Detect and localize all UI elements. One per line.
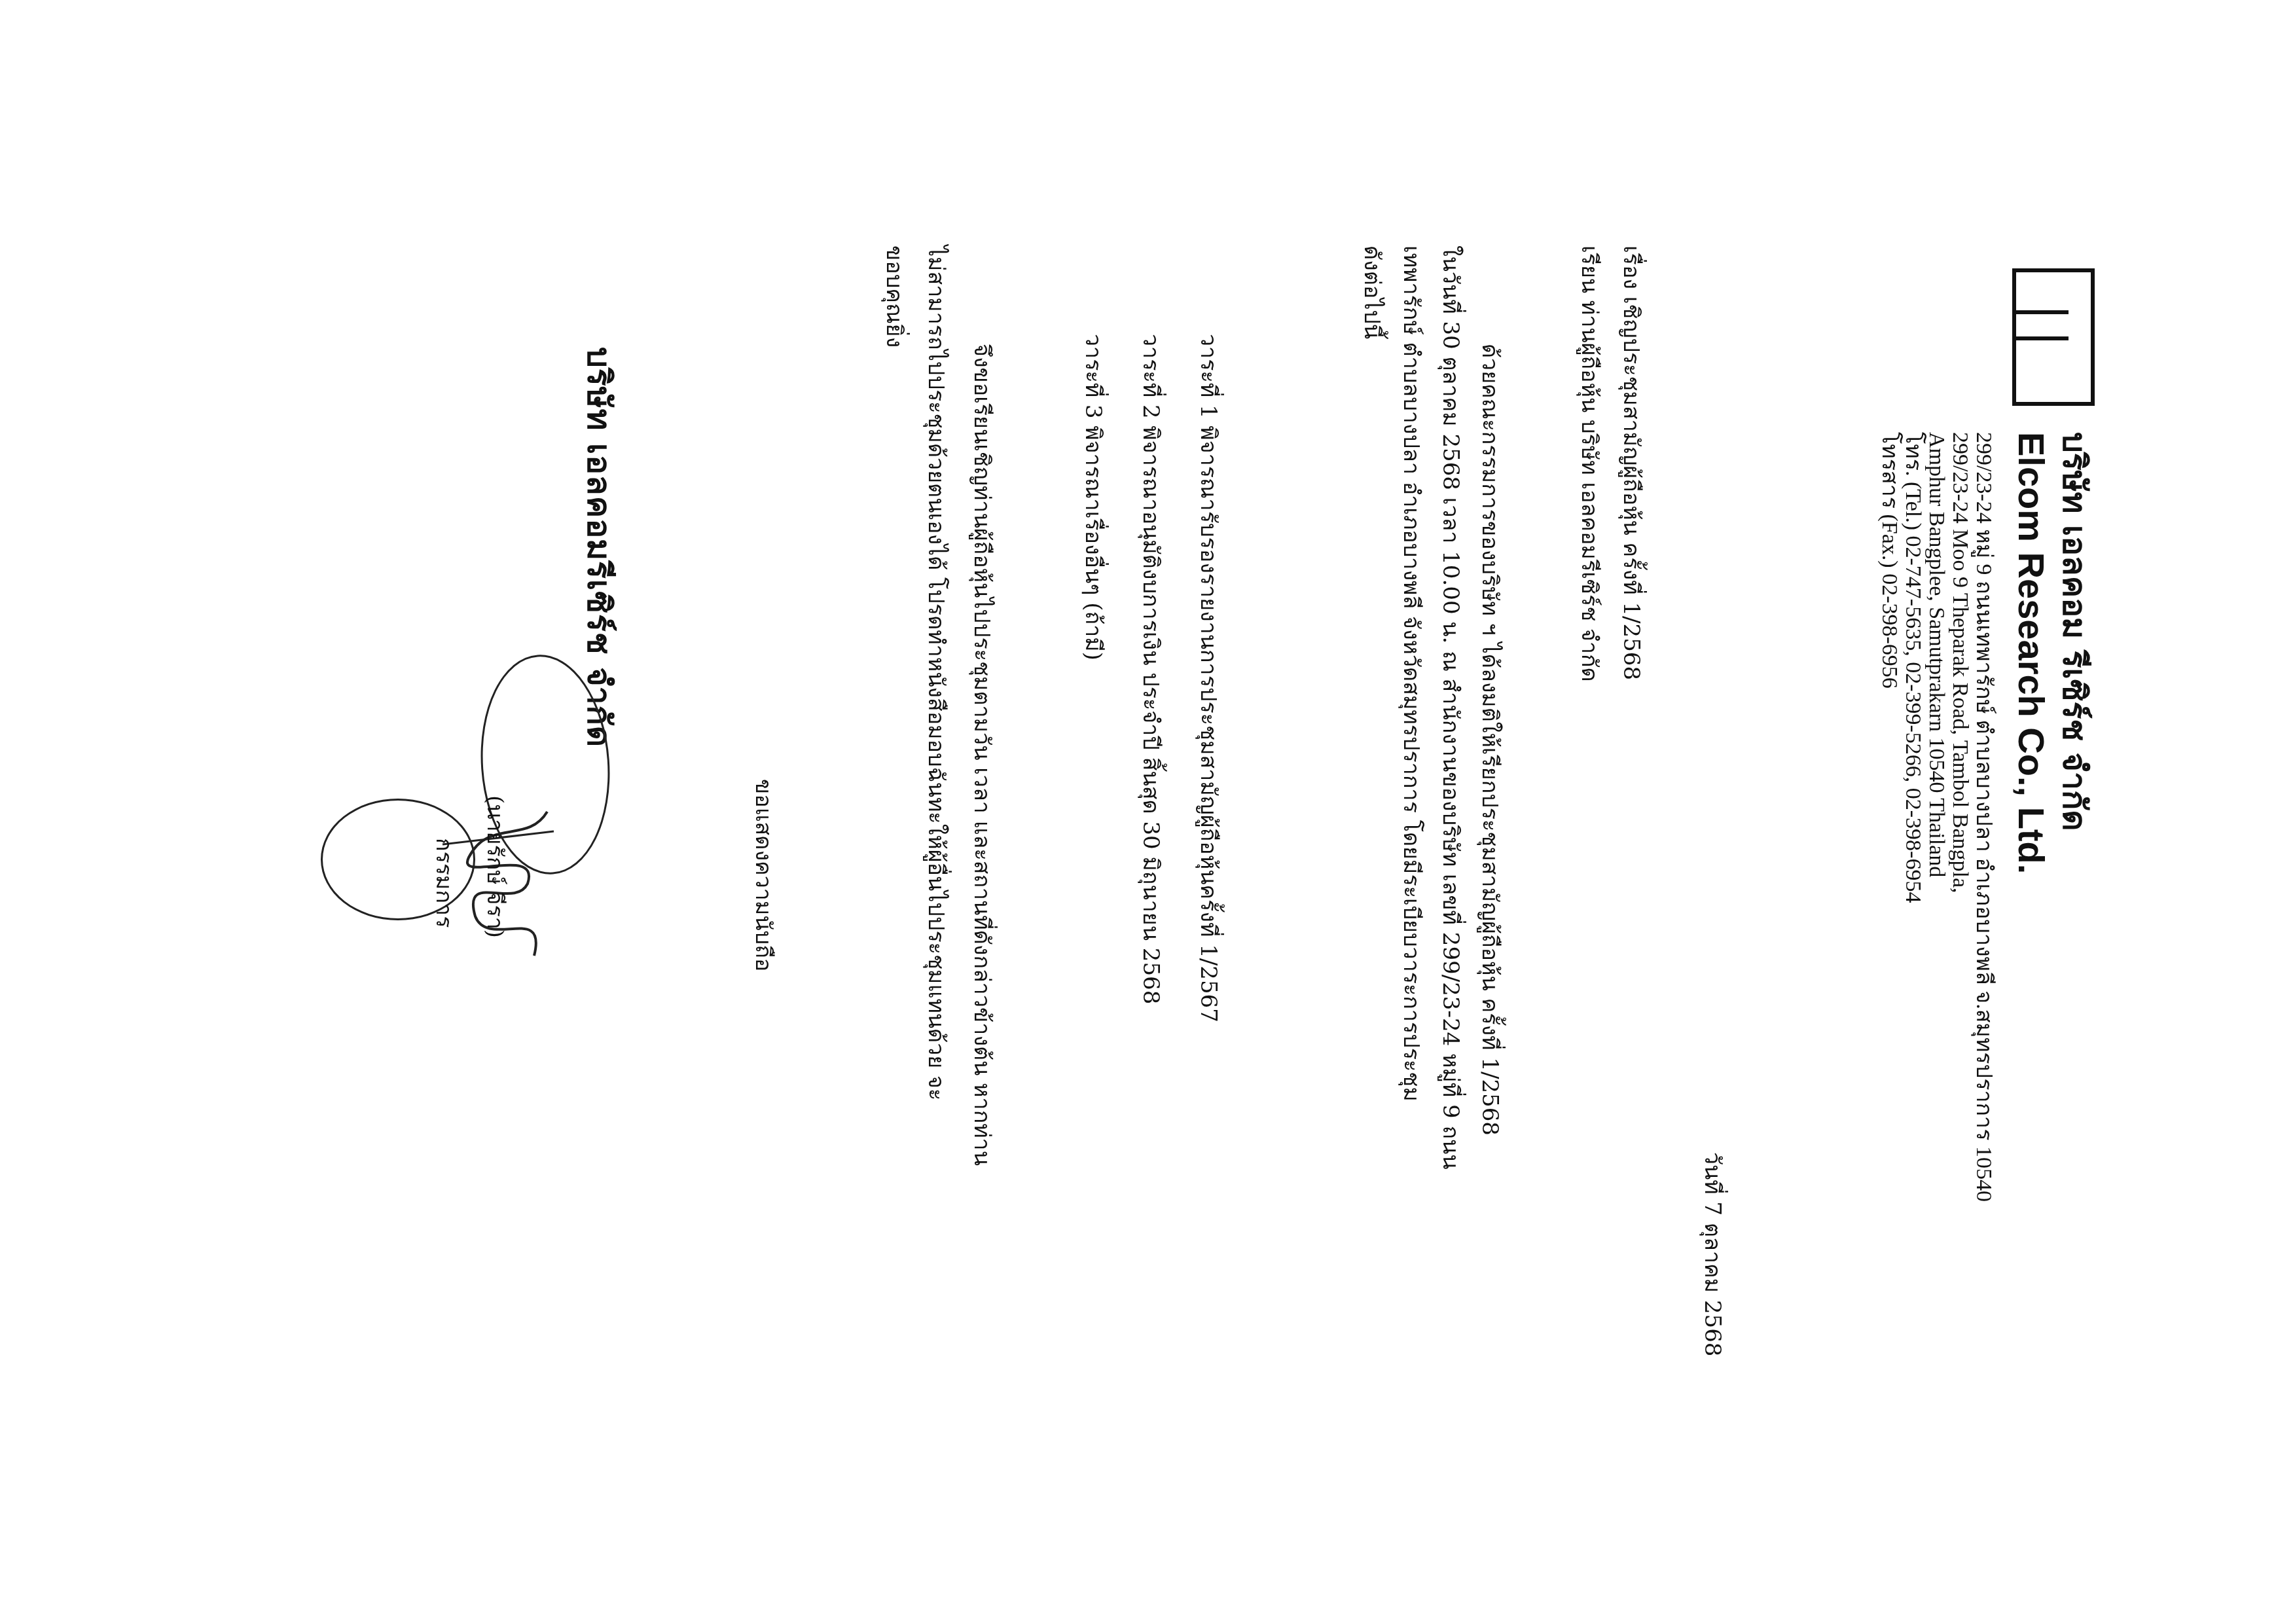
agenda-item-2: วาระที่ 2 พิจารณาอนุมัติงบการเงิน ประจำป… [1134, 334, 1169, 1004]
body-paragraph-1-line-3: เทพารักษ์ ตำบลบางปลา อำเภอบางพลี จังหวัด… [1394, 245, 1430, 1102]
body-paragraph-2-line-1: จึงขอเรียนเชิญท่านผู้ถือหุ้นไปประชุมตามว… [965, 344, 1000, 1166]
signer-title: กรรมการ [427, 838, 462, 928]
fax-line: โทรสาร (Fax.) 02-398-6956 [1877, 432, 1901, 1202]
phone-line: โทร. (Tel.) 02-747-5635, 02-399-5266, 02… [1901, 432, 1925, 1202]
logo-bar-right [2016, 336, 2069, 340]
address-line-th: 299/23-24 หมู่ 9 ถนนเทพารักษ์ ตำบลบางปลา… [1972, 432, 1995, 1202]
agenda-item-3: วาระที่ 3 พิจารณาเรื่องอื่นๆ (ถ้ามี) [1076, 334, 1111, 660]
agenda-item-1: วาระที่ 1 พิจารณารับรองรายงานการประชุมสา… [1191, 334, 1227, 1022]
letter-page: บริษัท เอลคอม รีเซิร์ช จำกัด Elcom Resea… [0, 0, 2295, 1624]
body-paragraph-1-line-2: ในวันที่ 30 ตุลาคม 2568 เวลา 10.00 น. ณ … [1434, 245, 1469, 1170]
body-paragraph-2-line-2: ไม่สามารถไปประชุมด้วยตนเองได้ โปรดทำหนัง… [919, 245, 954, 1100]
closing-salutation: ขอแสดงความนับถือ [746, 779, 782, 971]
body-paragraph-1-line-4: ดังต่อไปนี้ [1355, 245, 1390, 339]
address-line-en-2: Amphur Bangplee, Samutprakarn 10540 Thai… [1925, 432, 1948, 1202]
address-line-en-1: 299/23-24 Moo 9 Theparak Road, Tambol Ba… [1948, 432, 1972, 1202]
letter-date: วันที่ 7 ตุลาคม 2568 [1695, 1152, 1731, 1357]
letterhead-address: 299/23-24 หมู่ 9 ถนนเทพารักษ์ ตำบลบางปลา… [1877, 432, 1995, 1202]
company-name-en: Elcom Research Co., Ltd. [2010, 432, 2053, 874]
letter-recipient: เรียน ท่านผู้ถือหุ้น บริษัท เอลคอมรีเซิร… [1572, 245, 1608, 682]
elcom-logo-icon [2012, 268, 2095, 406]
signer-name: (นายรักษ์ จีรา) [478, 795, 513, 938]
body-paragraph-2-line-3: ขอบคุณยิ่ง [877, 245, 913, 348]
logo-bar-left [2016, 310, 2069, 314]
company-name-th: บริษัท เอลคอม รีเซิร์ช จำกัด [2048, 432, 2100, 831]
letter-subject: เรื่อง เชิญประชุมสามัญผู้ถือหุ้น ครั้งที… [1614, 245, 1650, 680]
body-paragraph-1-line-1: ด้วยคณะกรรมการของบริษัท ฯ ได้ลงมติให้เรี… [1473, 344, 1508, 1136]
